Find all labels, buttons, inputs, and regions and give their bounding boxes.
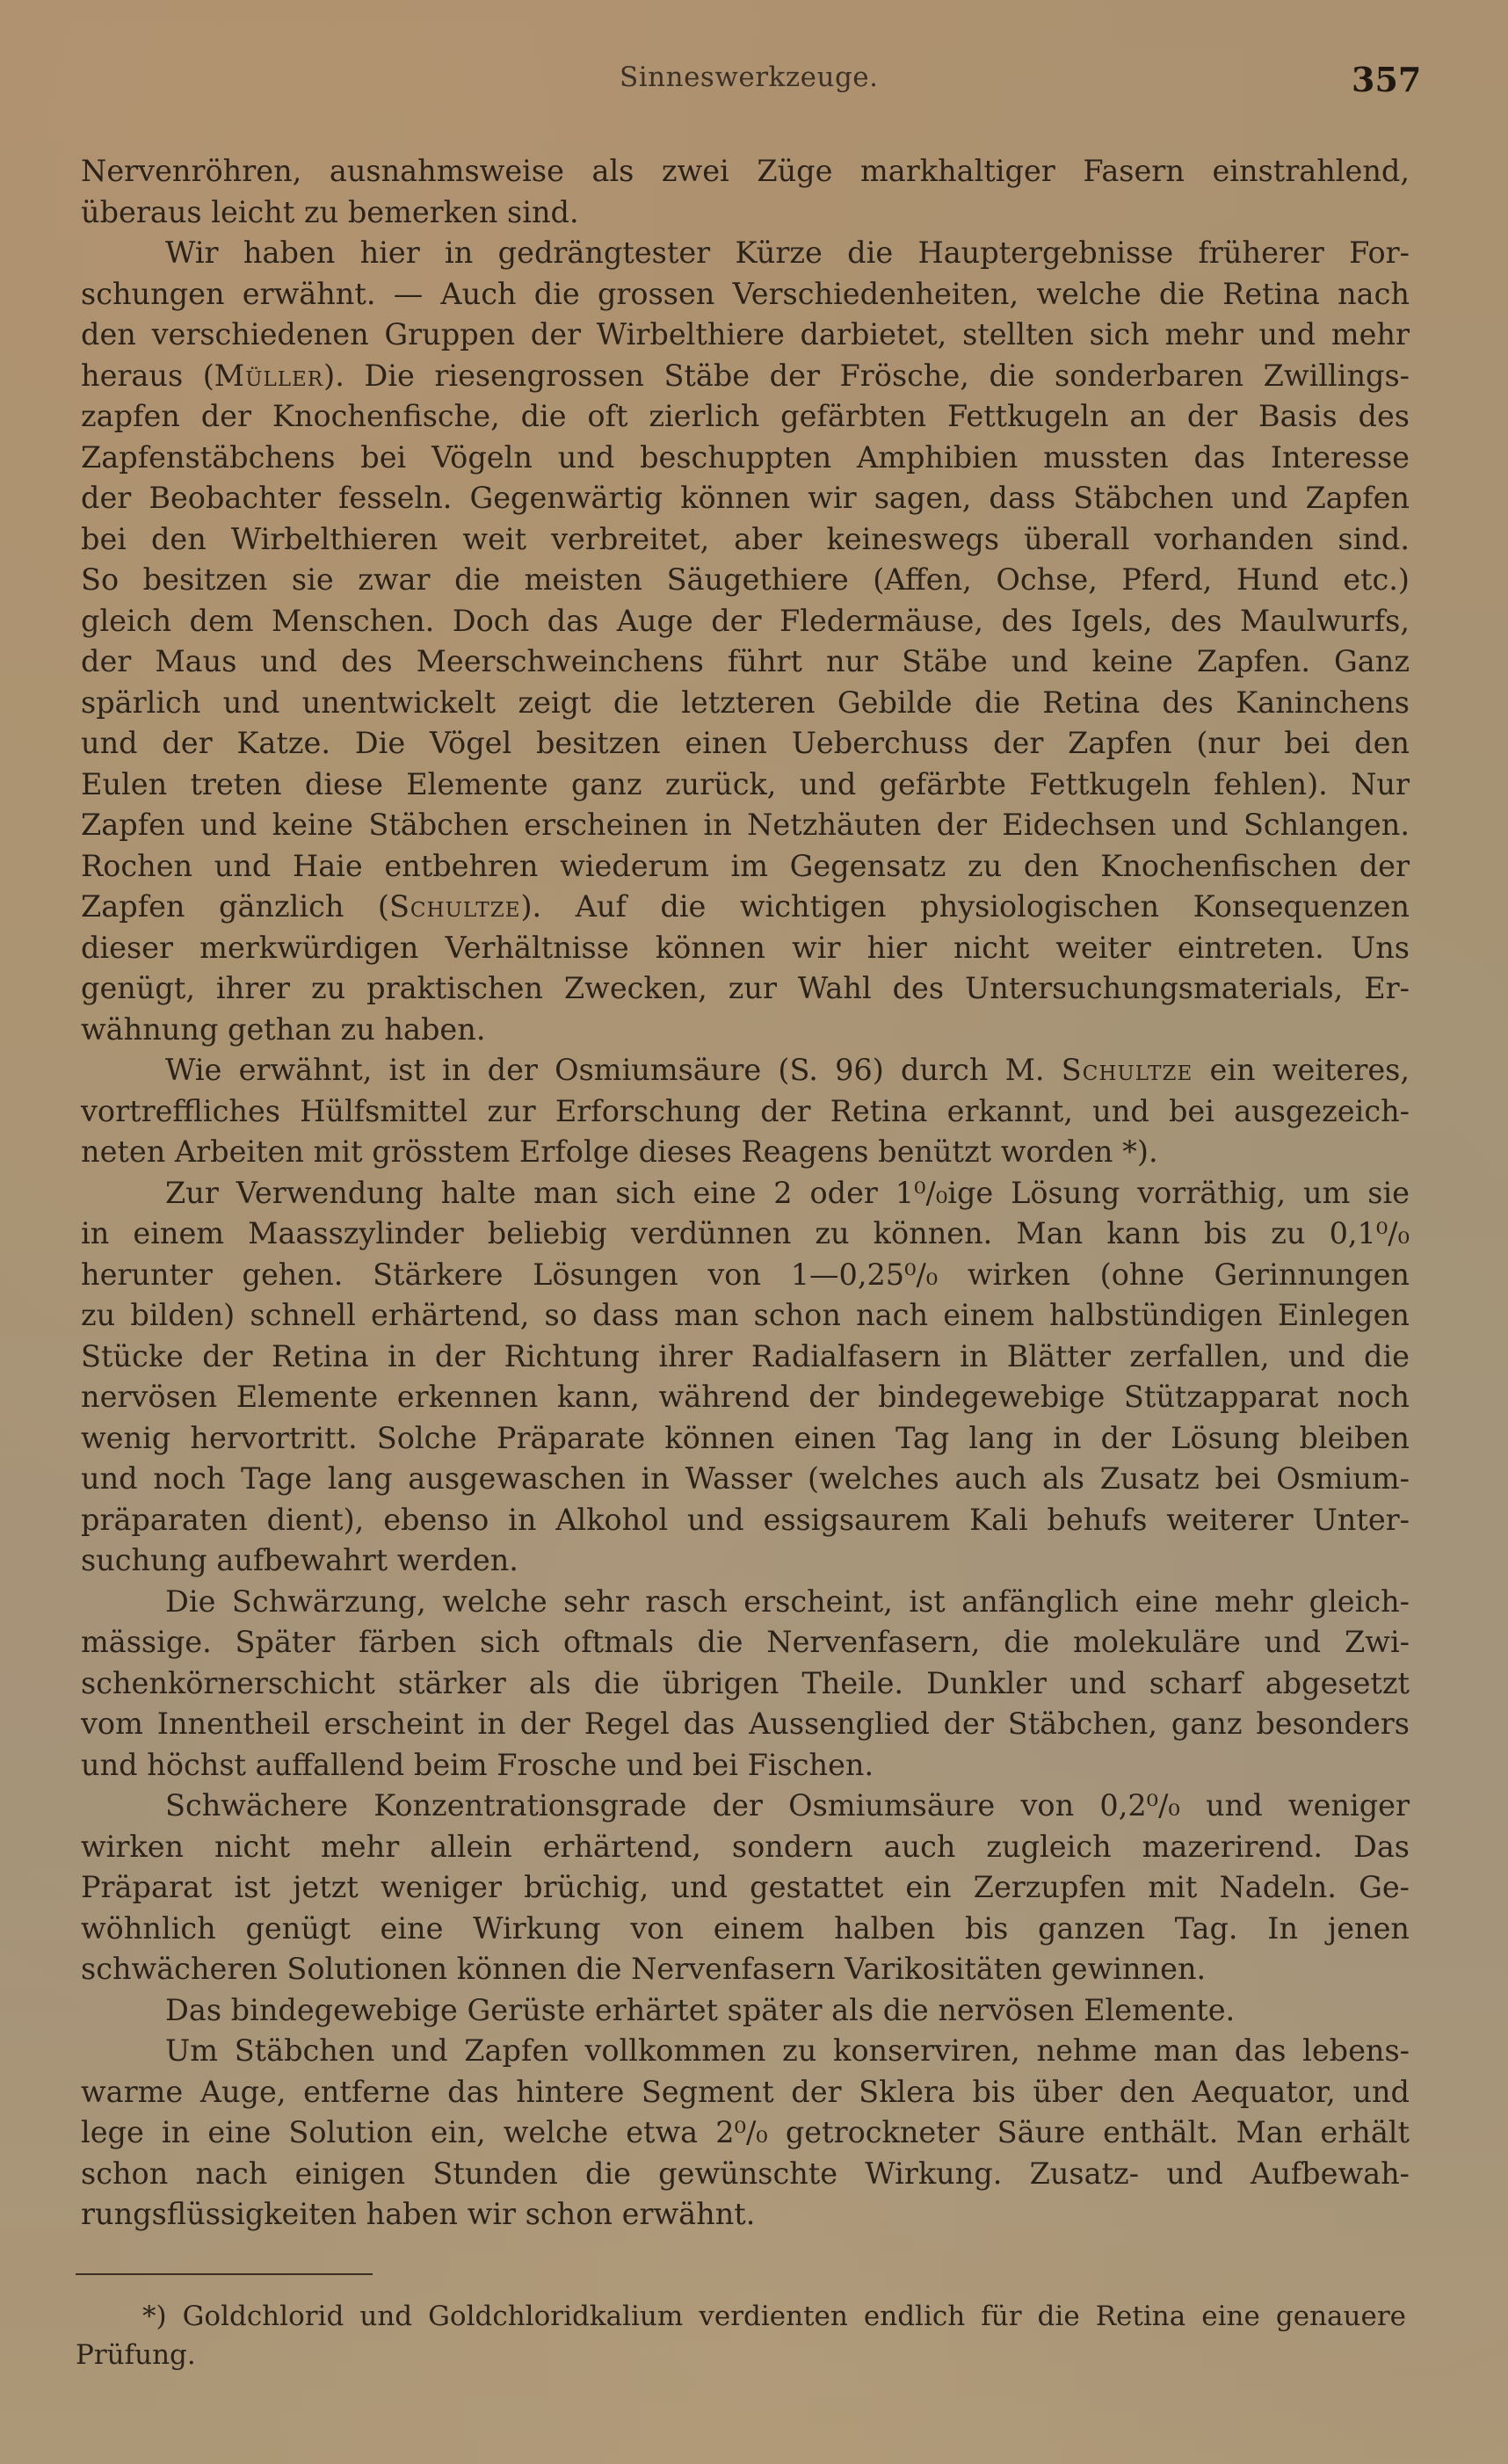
text-line: lege in eine Solution ein, welche etwa 2…: [81, 2113, 1410, 2154]
author-name-schultze: Schultze: [1062, 1053, 1193, 1087]
text-line: gleich dem Menschen. Doch das Auge der F…: [81, 601, 1410, 642]
text-line: zu bilden) schnell erhärtend, so dass ma…: [81, 1295, 1410, 1337]
text-line: den verschiedenen Gruppen der Wirbelthie…: [81, 315, 1410, 356]
text-fragment: ). Die riesengrossen Stäbe der Frösche, …: [323, 359, 1410, 393]
text-line: Zapfenstäbchens bei Vögeln und beschuppt…: [81, 438, 1410, 479]
paragraph-start-line: Zur Verwendung halte man sich eine 2 ode…: [81, 1173, 1410, 1214]
running-head: Sinneswerkzeuge. 357: [0, 62, 1508, 97]
text-fragment: Wie erwähnt, ist in der Osmiumsäure (S. …: [165, 1053, 1062, 1087]
text-line: und höchst auffallend beim Frosche und b…: [81, 1745, 1410, 1786]
text-line: nervösen Elemente erkennen kann, während…: [81, 1377, 1410, 1418]
text-line: warme Auge, entferne das hintere Segment…: [81, 2072, 1410, 2113]
paragraph-start-line: Das bindegewebige Gerüste erhärtet späte…: [81, 1990, 1410, 2032]
text-line: heraus (Müller). Die riesengrossen Stäbe…: [81, 356, 1410, 397]
text-line: Eulen treten diese Elemente ganz zurück,…: [81, 765, 1410, 806]
text-line: wirken nicht mehr allein erhärtend, sond…: [81, 1827, 1410, 1868]
footnote-line: *) Goldchlorid und Goldchloridkalium ver…: [76, 2297, 1406, 2336]
text-line: und der Katze. Die Vögel besitzen einen …: [81, 723, 1410, 765]
text-line: der Maus und des Meerschweinchens führt …: [81, 641, 1410, 683]
footnote-line: Prüfung.: [76, 2336, 1406, 2374]
text-line: vom Innentheil erscheint in der Regel da…: [81, 1704, 1410, 1745]
text-line: wöhnlich genügt eine Wirkung von einem h…: [81, 1909, 1410, 1950]
text-line: Zapfen gänzlich (Schultze). Auf die wich…: [81, 887, 1410, 928]
text-line: wenig hervortritt. Solche Präparate könn…: [81, 1418, 1410, 1460]
text-line: neten Arbeiten mit grösstem Erfolge dies…: [81, 1132, 1410, 1173]
text-line: So besitzen sie zwar die meisten Säugeth…: [81, 560, 1410, 601]
text-line: zapfen der Knochenfische, die oft zierli…: [81, 396, 1410, 438]
paragraph-start-line: Wie erwähnt, ist in der Osmiumsäure (S. …: [81, 1050, 1410, 1091]
text-line: Zapfen und keine Stäbchen erscheinen in …: [81, 805, 1410, 846]
author-name-mueller: Müller: [214, 359, 323, 393]
text-line: schenkörnerschicht stärker als die übrig…: [81, 1663, 1410, 1705]
text-line: schon nach einigen Stunden die gewünscht…: [81, 2154, 1410, 2195]
paragraph-start-line: Wir haben hier in gedrängtester Kürze di…: [81, 233, 1410, 274]
text-line: Stücke der Retina in der Richtung ihrer …: [81, 1337, 1410, 1378]
text-fragment: heraus (: [81, 359, 214, 393]
text-line: spärlich und unentwickelt zeigt die letz…: [81, 683, 1410, 724]
paragraph-start-line: Schwächere Konzentrationsgrade der Osmiu…: [81, 1786, 1410, 1827]
body-text: Nervenröhren, ausnahmsweise als zwei Züg…: [81, 151, 1410, 2236]
text-line: in einem Maasszylinder beliebig verdünne…: [81, 1214, 1410, 1255]
text-line: Rochen und Haie entbehren wiederum im Ge…: [81, 846, 1410, 888]
text-line: rungsflüssigkeiten haben wir schon erwäh…: [81, 2194, 1410, 2236]
page-number: 357: [1352, 60, 1421, 99]
text-line: wähnung gethan zu haben.: [81, 1010, 1410, 1051]
author-name-schultze: Schultze: [389, 889, 521, 924]
text-line: dieser merkwürdigen Verhältnisse können …: [81, 928, 1410, 969]
text-line: und noch Tage lang ausgewaschen in Wasse…: [81, 1459, 1410, 1500]
text-line: vortreffliches Hülfsmittel zur Erforschu…: [81, 1091, 1410, 1133]
text-line: genügt, ihrer zu praktischen Zwecken, zu…: [81, 968, 1410, 1010]
text-line: herunter gehen. Stärkere Lösungen von 1—…: [81, 1255, 1410, 1296]
text-line: bei den Wirbelthieren weit verbreitet, a…: [81, 519, 1410, 561]
text-fragment: Zapfen gänzlich (: [81, 889, 389, 924]
text-fragment: ein weiteres,: [1193, 1053, 1410, 1087]
footnote-divider: [76, 2273, 373, 2275]
text-line: mässige. Später färben sich oftmals die …: [81, 1622, 1410, 1663]
footnotes: *) Goldchlorid und Goldchloridkalium ver…: [76, 2297, 1406, 2374]
text-line: der Beobachter fesseln. Gegenwärtig könn…: [81, 478, 1410, 519]
text-line: überaus leicht zu bemerken sind.: [81, 192, 1410, 234]
text-line: präparaten dient), ebenso in Alkohol und…: [81, 1500, 1410, 1541]
paragraph-start-line: Die Schwärzung, welche sehr rasch ersche…: [81, 1582, 1410, 1623]
text-line: schwächeren Solutionen können die Nerven…: [81, 1949, 1410, 1990]
text-fragment: ). Auf die wichtigen physiologischen Kon…: [520, 889, 1410, 924]
book-page: Sinneswerkzeuge. 357 Nervenröhren, ausna…: [0, 0, 1508, 2464]
paragraph-start-line: Um Stäbchen und Zapfen vollkommen zu kon…: [81, 2031, 1410, 2072]
running-title: Sinneswerkzeuge.: [620, 62, 879, 93]
text-line: suchung aufbewahrt werden.: [81, 1540, 1410, 1582]
text-line: Nervenröhren, ausnahmsweise als zwei Züg…: [81, 151, 1410, 192]
text-line: schungen erwähnt. — Auch die grossen Ver…: [81, 274, 1410, 315]
text-line: Präparat ist jetzt weniger brüchig, und …: [81, 1867, 1410, 1909]
